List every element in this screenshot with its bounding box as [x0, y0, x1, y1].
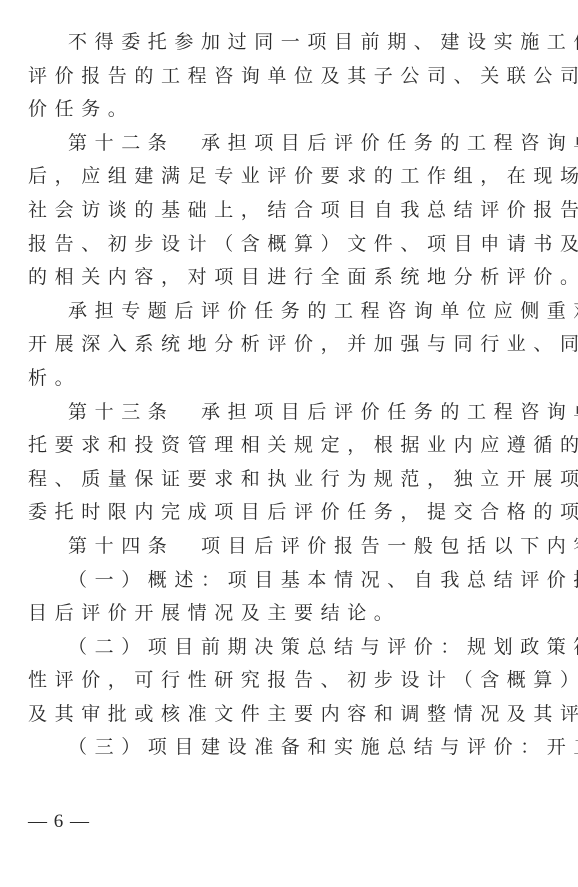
- paragraph-continuation: 不得委托参加过同一项目前期、建设实施工作或编写自我总结 评价报告的工程咨询单位及…: [28, 26, 552, 127]
- text-line: 第十三条 承担项目后评价任务的工程咨询单位，应当按照委: [28, 396, 552, 430]
- text-line: 评价报告的工程咨询单位及其子公司、关联公司承担该项目的后评: [28, 60, 552, 94]
- page-number: — 6 —: [28, 811, 90, 833]
- text-line: 不得委托参加过同一项目前期、建设实施工作或编写自我总结: [28, 26, 552, 60]
- text-line: （二）项目前期决策总结与评价：规划政策符合性、建设必要: [28, 631, 552, 665]
- article-12: 第十二条 承担项目后评价任务的工程咨询单位，在接受委托 后，应组建满足专业评价要…: [28, 127, 552, 295]
- document-page: 不得委托参加过同一项目前期、建设实施工作或编写自我总结 评价报告的工程咨询单位及…: [28, 26, 552, 765]
- text-line: 析。: [28, 362, 552, 396]
- text-line: 后，应组建满足专业评价要求的工作组，在现场调查、资料收集和: [28, 160, 552, 194]
- list-item-1: （一）概述：项目基本情况、自我总结评价报告主要结论、项 目后评价开展情况及主要结…: [28, 564, 552, 631]
- text-line: 性评价，可行性研究报告、初步设计（含概算）文件、项目申请书: [28, 664, 552, 698]
- text-line: （一）概述：项目基本情况、自我总结评价报告主要结论、项: [28, 564, 552, 598]
- text-line: 及其审批或核准文件主要内容和调整情况及其评价。: [28, 698, 552, 732]
- text-line: （三）项目建设准备和实施总结与评价：开工准备、建设过程、: [28, 731, 552, 765]
- text-line: 第十二条 承担项目后评价任务的工程咨询单位，在接受委托: [28, 127, 552, 161]
- text-line: 托要求和投资管理相关规定，根据业内应遵循的评价方法、工作流: [28, 429, 552, 463]
- text-line: 价任务。: [28, 93, 552, 127]
- text-line: 承担专题后评价任务的工程咨询单位应侧重对专题评价内容: [28, 295, 552, 329]
- text-line: 第十四条 项目后评价报告一般包括以下内容：: [28, 530, 552, 564]
- text-line: 开展深入系统地分析评价，并加强与同行业、同区域项目的对比分: [28, 328, 552, 362]
- text-line: 委托时限内完成项目后评价任务，提交合格的项目后评价报告。: [28, 496, 552, 530]
- list-item-3: （三）项目建设准备和实施总结与评价：开工准备、建设过程、: [28, 731, 552, 765]
- text-line: 目后评价开展情况及主要结论。: [28, 597, 552, 631]
- article-13: 第十三条 承担项目后评价任务的工程咨询单位，应当按照委 托要求和投资管理相关规定…: [28, 396, 552, 530]
- text-line: 社会访谈的基础上，结合项目自我总结评价报告，对照可行性研究: [28, 194, 552, 228]
- text-line: 的相关内容，对项目进行全面系统地分析评价。: [28, 261, 552, 295]
- article-14: 第十四条 项目后评价报告一般包括以下内容：: [28, 530, 552, 564]
- paragraph-special-topic: 承担专题后评价任务的工程咨询单位应侧重对专题评价内容 开展深入系统地分析评价，并…: [28, 295, 552, 396]
- text-line: 程、质量保证要求和执业行为规范，独立开展项目后评价工作，在: [28, 463, 552, 497]
- list-item-2: （二）项目前期决策总结与评价：规划政策符合性、建设必要 性评价，可行性研究报告、…: [28, 631, 552, 732]
- text-line: 报告、初步设计（含概算）文件、项目申请书及其审批或核准文件: [28, 228, 552, 262]
